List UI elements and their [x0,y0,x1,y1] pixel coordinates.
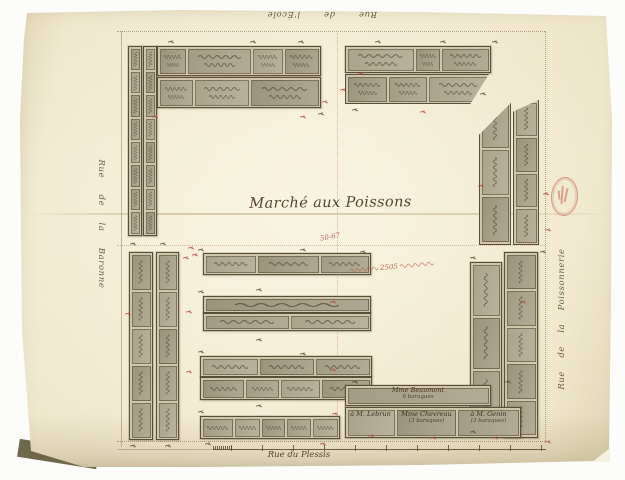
vertical-handwriting [138,408,144,431]
plan-border-right [545,31,546,443]
stall-cell [316,359,370,375]
scale-tick [448,445,449,451]
handwriting-squiggle-icon [523,215,529,237]
handwriting-squiggle-icon [235,302,339,308]
vertical-handwriting [147,145,153,160]
stall-cell [146,212,155,233]
dimension-mark [352,108,359,112]
dimension-mark [198,350,205,354]
stall-cell [159,366,177,401]
scale-tick [479,445,480,451]
stall-cell [131,189,140,210]
stall-cell [507,328,536,363]
stall-cell [416,49,440,71]
handwriting-squiggle-icon [167,62,180,68]
handwriting-squiggle-icon [210,386,238,392]
stall-cell [206,256,257,273]
handwriting-squiggle-icon [450,53,481,59]
stall-block [200,356,372,377]
stall-cell [131,212,140,233]
stall-cell [281,380,320,398]
dimension-mark [360,250,367,254]
red-dimension-mark [545,228,552,232]
dimension-mark [375,40,382,44]
handwriting-squiggle-icon [399,90,417,96]
handwriting-squiggle-icon [354,82,380,88]
handwriting-squiggle-icon [269,364,304,370]
scale-tick [417,445,418,451]
vertical-handwriting [165,260,171,283]
vertical-handwriting [132,75,138,90]
stall-cell [260,359,314,375]
stall-block [203,313,371,331]
scale-tick [225,446,226,450]
handwriting-squiggle-icon [523,108,529,130]
street-label-right: Rue de la Poissonnerie [557,230,567,408]
dimension-mark [130,242,137,246]
vertical-handwriting [147,75,153,90]
handwriting-squiggle-icon [138,297,144,320]
handwriting-squiggle-icon [147,75,153,90]
stall-cell [132,366,151,401]
handwriting-squiggle-icon [147,192,153,207]
handwriting-squiggle-icon [132,145,138,160]
vertical-handwriting [483,326,489,359]
red-dimension-mark [322,100,329,104]
handwriting-squiggle-icon [138,408,144,431]
stall-block [143,46,157,236]
vertical-handwriting [147,169,153,184]
dimension-mark [250,40,257,44]
red-dimension-mark [186,370,193,374]
vertical-handwriting [132,215,138,230]
handwriting-squiggle-icon [287,386,313,392]
stall-cell [348,77,387,102]
scale-bar [118,445,546,455]
handwriting-squiggle-icon [258,54,277,60]
dimension-mark [256,288,263,292]
dimension-mark [256,404,263,408]
handwriting-squiggle-icon [518,260,524,283]
scale-tick [355,445,356,451]
stall-block [200,416,340,439]
vertical-handwriting [518,260,524,283]
red-dimension-mark [420,110,427,114]
handwriting-squiggle-icon [165,297,171,320]
red-dimension-mark [492,436,499,440]
stall-block [128,46,142,236]
handwriting-squiggle-icon [261,62,275,68]
stall-block [345,74,489,104]
owner-detail: (3 baraques) [397,418,456,425]
handwriting-squiggle-icon [422,61,433,67]
scale-tick [386,445,387,451]
stall-block [156,252,179,440]
stall-cell [389,77,427,102]
handwriting-squiggle-icon [138,260,144,283]
handwriting-squiggle-icon [165,334,171,357]
stall-cell [132,403,151,438]
stall-cell [442,49,489,71]
handwriting-squiggle-icon [147,215,153,230]
handwriting-squiggle-icon [165,371,171,394]
handwriting-squiggle-icon [523,179,529,201]
handwriting-squiggle-icon [293,62,309,68]
scale-tick [221,446,222,450]
handwriting-squiggle-icon [132,169,138,184]
handwriting-squiggle-icon [269,261,309,267]
vertical-handwriting [165,408,171,431]
stall-cell [132,292,151,327]
handwriting-squiggle-icon [147,99,153,114]
vertical-handwriting [147,52,153,67]
dimension-mark [505,380,512,384]
stall-cell [253,49,283,74]
red-dimension-mark [320,442,327,446]
red-dimension-mark [430,436,437,440]
handwriting-squiggle-icon [350,265,378,273]
stall-cell [131,49,140,70]
stall-cell [251,80,319,106]
dimension-mark [205,442,212,446]
handwriting-squiggle-icon [209,94,235,100]
red-dimension-mark [520,300,527,304]
red-dimension-mark [358,72,365,76]
handwriting-squiggle-icon [132,122,138,137]
scale-tick [215,446,216,450]
stall-block [513,100,539,245]
scale-tick [231,445,232,451]
handwriting-squiggle-icon [165,408,171,431]
stall-block [129,252,153,440]
red-dimension-mark [340,88,347,92]
handwriting-squiggle-icon [132,215,138,230]
red-dimension-mark [368,434,375,438]
stall-cell [235,419,260,437]
plan-border-left [121,31,122,447]
stall-cell [206,316,290,329]
stall-cell [473,318,500,369]
scale-tick [293,445,294,451]
registry-number: 2505 [380,262,398,272]
center-axis-horizontal [117,245,545,246]
stall-cell [348,49,414,71]
vertical-handwriting [147,122,153,137]
stall-cell [203,419,233,437]
stall-cell [146,95,155,116]
vertical-handwriting [483,273,489,306]
stall-cell [132,255,151,290]
stall-cell [291,316,368,329]
stall-cell [188,49,251,74]
handwriting-squiggle-icon [132,52,138,67]
vertical-handwriting [523,215,529,237]
stall-cell [473,265,500,316]
dimension-mark [492,40,499,44]
handwriting-squiggle-icon [220,319,274,325]
dimension-mark [198,290,205,294]
vertical-handwriting [523,179,529,201]
red-dimension-mark [545,440,552,444]
vertical-handwriting [147,215,153,230]
stall-owner-label: Mme Chevreau (3 baraques) [397,410,456,425]
scale-tick [510,445,511,451]
vertical-handwriting [518,370,524,393]
handwriting-squiggle-icon [358,90,377,96]
scale-tick [219,446,220,450]
owner-name: Mme Chevreau [397,410,456,418]
vertical-handwriting [492,158,498,188]
dimension-mark [130,444,137,448]
handwriting-squiggle-icon [291,425,307,431]
vertical-handwriting [132,122,138,137]
stall-cell [146,165,155,186]
stall-owner-label: Mme Beaumont 6 baraques [352,386,484,401]
dimension-mark [198,410,205,414]
handwriting-squiggle-icon [454,61,476,67]
dimension-mark [198,248,205,252]
scale-tick [227,446,228,450]
handwriting-squiggle-icon [138,334,144,357]
stall-cell [132,329,151,364]
stall-cell [131,165,140,186]
handwriting-squiggle-icon [262,86,307,92]
red-dimension-mark [125,312,132,316]
owner-name: à M. Lebrun [347,410,394,418]
stall-cell [258,256,318,273]
handwriting-squiggle-icon [365,61,397,67]
stall-cell [159,403,177,438]
stall-cell [159,255,177,290]
plan-border-bottom [117,441,545,442]
vertical-handwriting [138,260,144,283]
stall-cell [146,142,155,163]
handwriting-squiggle-icon [132,99,138,114]
stall-cell [313,419,337,437]
stall-block [157,77,321,108]
handwriting-squiggle-icon [439,82,477,88]
handwriting-squiggle-icon [147,52,153,67]
vertical-handwriting [165,371,171,394]
owner-name: à M. Genin [459,410,518,418]
handwriting-squiggle-icon [168,94,183,100]
red-dimension-mark [330,368,337,372]
red-dimension-mark [188,246,195,250]
handwriting-squiggle-icon [305,319,355,325]
stall-cell [160,80,193,106]
stall-cell [262,419,285,437]
handwriting-squiggle-icon [132,75,138,90]
stall-cell [160,49,187,74]
vertical-handwriting [492,205,498,235]
red-dimension-mark [152,115,159,119]
handwriting-squiggle-icon [492,158,498,188]
stall-cell [516,138,537,172]
stall-cell [203,359,258,375]
handwriting-squiggle-icon [492,205,498,235]
vertical-handwriting [165,297,171,320]
handwriting-squiggle-icon [444,90,472,96]
stall-cell [482,197,509,242]
plan-title: Marché aux Poissons [233,194,428,212]
stall-block [345,46,491,73]
dimension-mark [480,92,487,96]
dimension-mark [168,40,175,44]
handwriting-squiggle-icon [132,192,138,207]
vertical-handwriting [523,144,529,166]
stall-block [157,46,321,76]
dimension-mark [470,256,477,260]
stall-cell [516,209,537,243]
stall-cell [131,119,140,140]
stall-cell [195,80,249,106]
scale-tick [223,446,224,450]
stall-owner-label: à M. Genin (3 baraques) [459,410,518,425]
stall-cell [516,174,537,208]
handwriting-squiggle-icon [358,53,402,59]
handwriting-squiggle-icon [147,145,153,160]
street-label-top: Rue de l'École [213,9,431,19]
owner-detail: 6 baraques [352,394,484,401]
dimension-mark [160,242,167,246]
vertical-handwriting [132,192,138,207]
scale-tick [217,446,218,450]
dimension-mark [165,444,172,448]
plan-border-top [117,31,545,32]
handwriting-squiggle-icon [198,54,241,60]
handwriting-squiggle-icon [420,53,435,59]
handwriting-squiggle-icon [395,82,420,88]
handwriting-squiggle-icon [483,273,489,306]
red-dimension-mark [186,310,193,314]
handwriting-squiggle-icon [518,333,524,356]
dimension-mark [298,40,305,44]
stall-cell [146,72,155,93]
handwriting-squiggle-icon [147,169,153,184]
scale-tick [262,445,263,451]
stall-cell [206,299,369,311]
dimension-mark [318,112,325,116]
vertical-handwriting [138,297,144,320]
scanned-plan-page: Marché aux Poissons Rue de l'École Rue d… [0,0,625,480]
stall-cell [131,142,140,163]
stall-owner-label: à M. Lebrun [347,410,394,418]
vertical-handwriting [165,334,171,357]
stall-cell [285,49,319,74]
stall-cell [507,291,536,326]
handwriting-squiggle-icon [138,371,144,394]
handwriting-squiggle-icon [204,86,240,92]
dimension-mark [256,338,263,342]
vertical-handwriting [132,145,138,160]
dimension-mark [540,250,547,254]
red-dimension-mark [192,253,199,257]
stall-block [203,296,371,313]
scale-tick [541,445,542,451]
handwriting-squiggle-icon [317,425,333,431]
scale-tick [229,446,230,450]
red-dimension-mark [478,184,485,188]
red-dimension-mark [183,256,190,260]
red-dimension-mark [332,412,339,416]
vertical-handwriting [132,169,138,184]
stall-cell [482,150,509,195]
handwriting-squiggle-icon [214,261,247,267]
handwriting-squiggle-icon [523,144,529,166]
owner-name: Mme Beaumont [352,386,484,394]
stall-cell [146,49,155,70]
handwriting-squiggle-icon [207,425,228,431]
handwriting-squiggle-icon [165,260,171,283]
scale-tick [213,446,214,450]
handwriting-squiggle-icon [164,54,181,60]
red-dimension-mark [330,300,337,304]
vertical-handwriting [132,99,138,114]
stall-cell [146,189,155,210]
handwriting-squiggle-icon [483,326,489,359]
dimension-mark [470,430,477,434]
street-label-left: Rue de la Baronne [96,136,106,312]
vertical-handwriting [147,192,153,207]
owner-detail: (3 baraques) [459,418,518,425]
stall-block [203,253,371,275]
vertical-handwriting [138,371,144,394]
stall-cell [146,119,155,140]
dimension-mark [300,248,307,252]
dimension-mark [440,40,447,44]
vertical-handwriting [132,52,138,67]
stall-cell [287,419,311,437]
vertical-handwriting [147,99,153,114]
handwriting-squiggle-icon [266,425,282,431]
dimension-mark [352,380,359,384]
red-dimension-mark [300,115,307,119]
stall-cell [131,95,140,116]
stall-cell [131,72,140,93]
vertical-handwriting [518,333,524,356]
handwriting-squiggle-icon [165,86,186,92]
stall-cell [159,292,177,327]
red-dimension-mark [543,192,550,196]
handwriting-squiggle-icon [252,386,273,392]
stall-cell [246,380,279,398]
handwriting-squiggle-icon [239,425,256,431]
vertical-handwriting [138,334,144,357]
handwriting-squiggle-icon [269,94,301,100]
handwriting-squiggle-icon [290,54,312,60]
handwriting-squiggle-icon [518,370,524,393]
handwriting-squiggle-icon [212,364,248,370]
stall-cell [159,329,177,364]
handwriting-squiggle-icon [147,122,153,137]
handwriting-squiggle-icon [204,62,235,68]
vertical-handwriting [523,108,529,130]
stall-cell [203,380,245,398]
stall-cell [507,255,536,290]
dimension-mark [300,352,307,356]
